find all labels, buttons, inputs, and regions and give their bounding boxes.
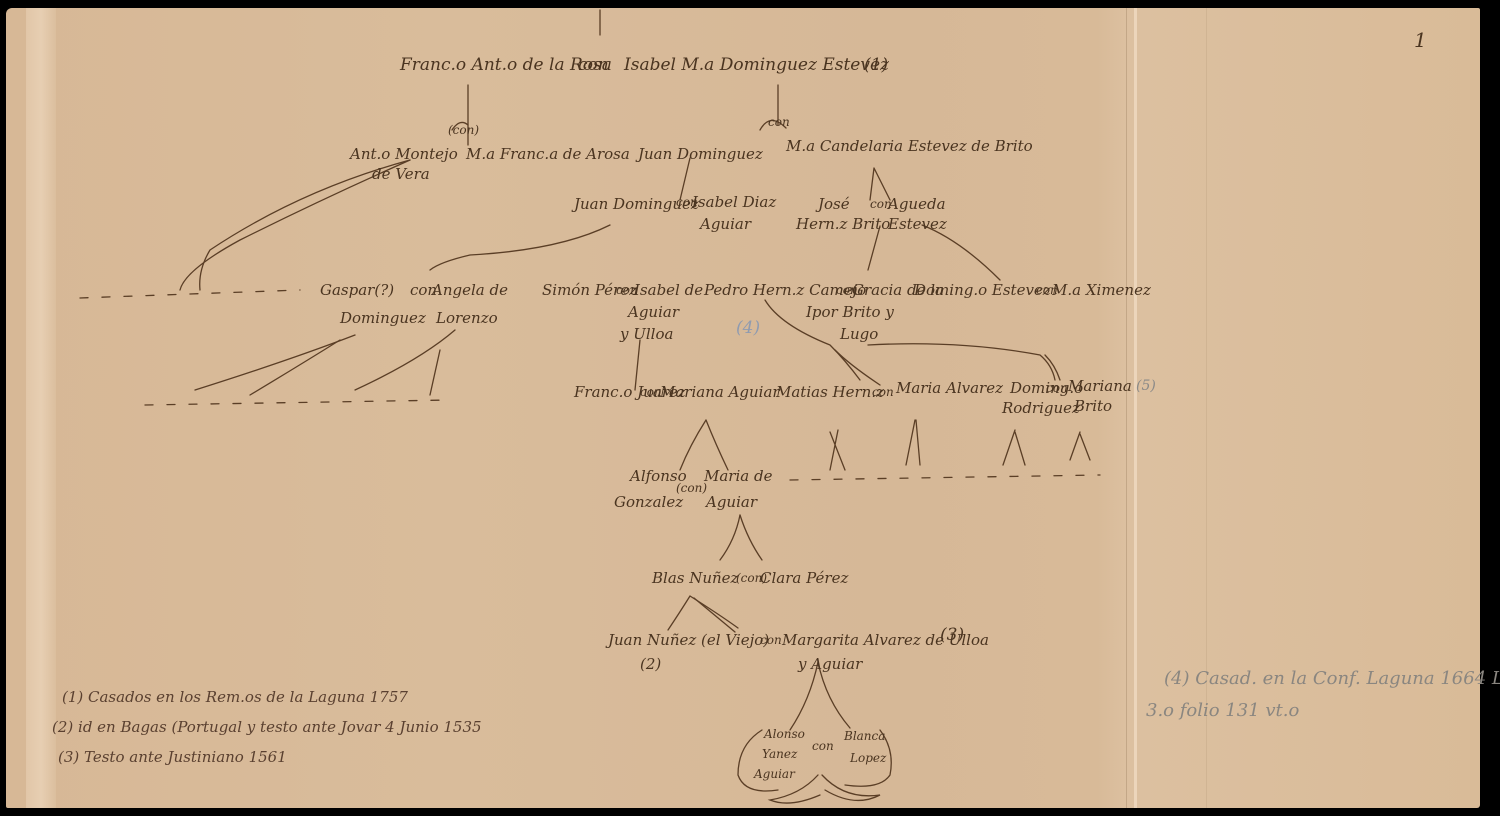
gen9-wife-2: Lopez: [850, 752, 886, 765]
gen4-d-wife: M.a Ximenez: [1052, 282, 1151, 299]
gen1-connector: con: [578, 56, 609, 75]
gen4-d-husband: Doming.o Estevez: [914, 282, 1051, 299]
gen3-b-wife-2: Estevez: [888, 216, 947, 233]
gen4-a-wife-2: Lorenzo: [436, 310, 498, 327]
gen9-wife: Blanca: [844, 730, 885, 743]
gen8-wife-ref: (3): [940, 626, 964, 645]
gen5-c-husband-2: Rodriguez: [1002, 400, 1080, 417]
gen4-c-wife-2: Ipor Brito y: [806, 304, 894, 321]
gen4-a-wife: Angela de: [432, 282, 508, 299]
gen2-left-wife: M.a Franc.a de Arosa: [466, 146, 630, 163]
gen8-connector: con: [760, 634, 782, 647]
gen4-b-wife-3: y Ulloa: [620, 326, 673, 343]
gen3-b-husband-2: Hern.z Brito: [796, 216, 890, 233]
gen2-right-connector: con: [768, 116, 790, 129]
gen6-connector: (con): [676, 482, 707, 495]
gen5-b-wife: Maria Alvarez: [896, 380, 1003, 397]
gen1-ref: (1): [864, 56, 888, 75]
gen9-husband-2: Yanez: [762, 748, 797, 761]
gen5-b-connector: con: [872, 386, 894, 399]
gen2-right-wife: M.a Candelaria Estevez de Brito: [786, 138, 1033, 155]
gen5-c-connector: con: [1046, 382, 1068, 395]
gen4-c-wife-3: Lugo: [840, 326, 878, 343]
gen9-husband: Alonso: [764, 728, 805, 741]
gen3-b-husband: José: [818, 196, 850, 213]
gen3-b-wife: Agueda: [888, 196, 946, 213]
gen7-wife: Clara Pérez: [760, 570, 848, 587]
footnote-1: (1) Casados en los Rem.os de la Laguna 1…: [62, 688, 408, 706]
gen6-wife-2: Aguiar: [706, 494, 757, 511]
gen2-left-connector: (con): [448, 124, 479, 137]
gen4-c-ref: (4): [736, 318, 760, 338]
footnote-3: (3) Testo ante Justiniano 1561: [58, 748, 287, 766]
gen5-d-ref: (5): [1136, 378, 1156, 394]
gen9-husband-3: Aguiar: [754, 768, 795, 781]
gen8-wife-2: y Aguiar: [798, 656, 862, 673]
gen9-connector: con: [812, 740, 834, 753]
gen5-a-wife: Mariana Aguiar: [660, 384, 780, 401]
gen4-a-husband-2: Dominguez: [340, 310, 426, 327]
page-number: 1: [1414, 28, 1427, 52]
gen2-left-husband: Ant.o Montejo: [350, 146, 458, 163]
gen4-b-wife: Isabel de: [634, 282, 703, 299]
gen8-husband: Juan Nuñez (el Viejo): [608, 632, 769, 649]
gen8-husband-ref: (2): [640, 656, 661, 673]
gen5-b-husband: Matias Hern.z: [776, 384, 884, 401]
gen2-left-husband-2: de Vera: [372, 166, 430, 183]
gen5-c-wife: Mariana: [1068, 378, 1132, 395]
gen5-c-wife-2: Brito: [1074, 398, 1112, 415]
gen3-a-wife-2: Aguiar: [700, 216, 751, 233]
footnote-2: (2) id en Bagas (Portugal y testo ante J…: [52, 718, 482, 736]
pencil-note-line1: (4) Casad. en la Conf. Laguna 1664 L.o: [1164, 668, 1500, 689]
gen4-a-husband: Gaspar(?): [320, 282, 394, 299]
gen5-a-connector: con: [640, 386, 662, 399]
gen4-b-wife-2: Aguiar: [628, 304, 679, 321]
gen7-husband: Blas Nuñez: [652, 570, 738, 587]
gen1-wife: Isabel M.a Dominguez Estevez: [624, 56, 889, 75]
gen6-husband-2: Gonzalez: [614, 494, 683, 511]
gen6-wife: Maria de: [704, 468, 772, 485]
gen2-right-husband: Juan Dominguez: [638, 146, 763, 163]
pencil-note-line2: 3.o folio 131 vt.o: [1146, 700, 1299, 721]
gen3-a-wife: Isabel Diaz: [692, 194, 776, 211]
